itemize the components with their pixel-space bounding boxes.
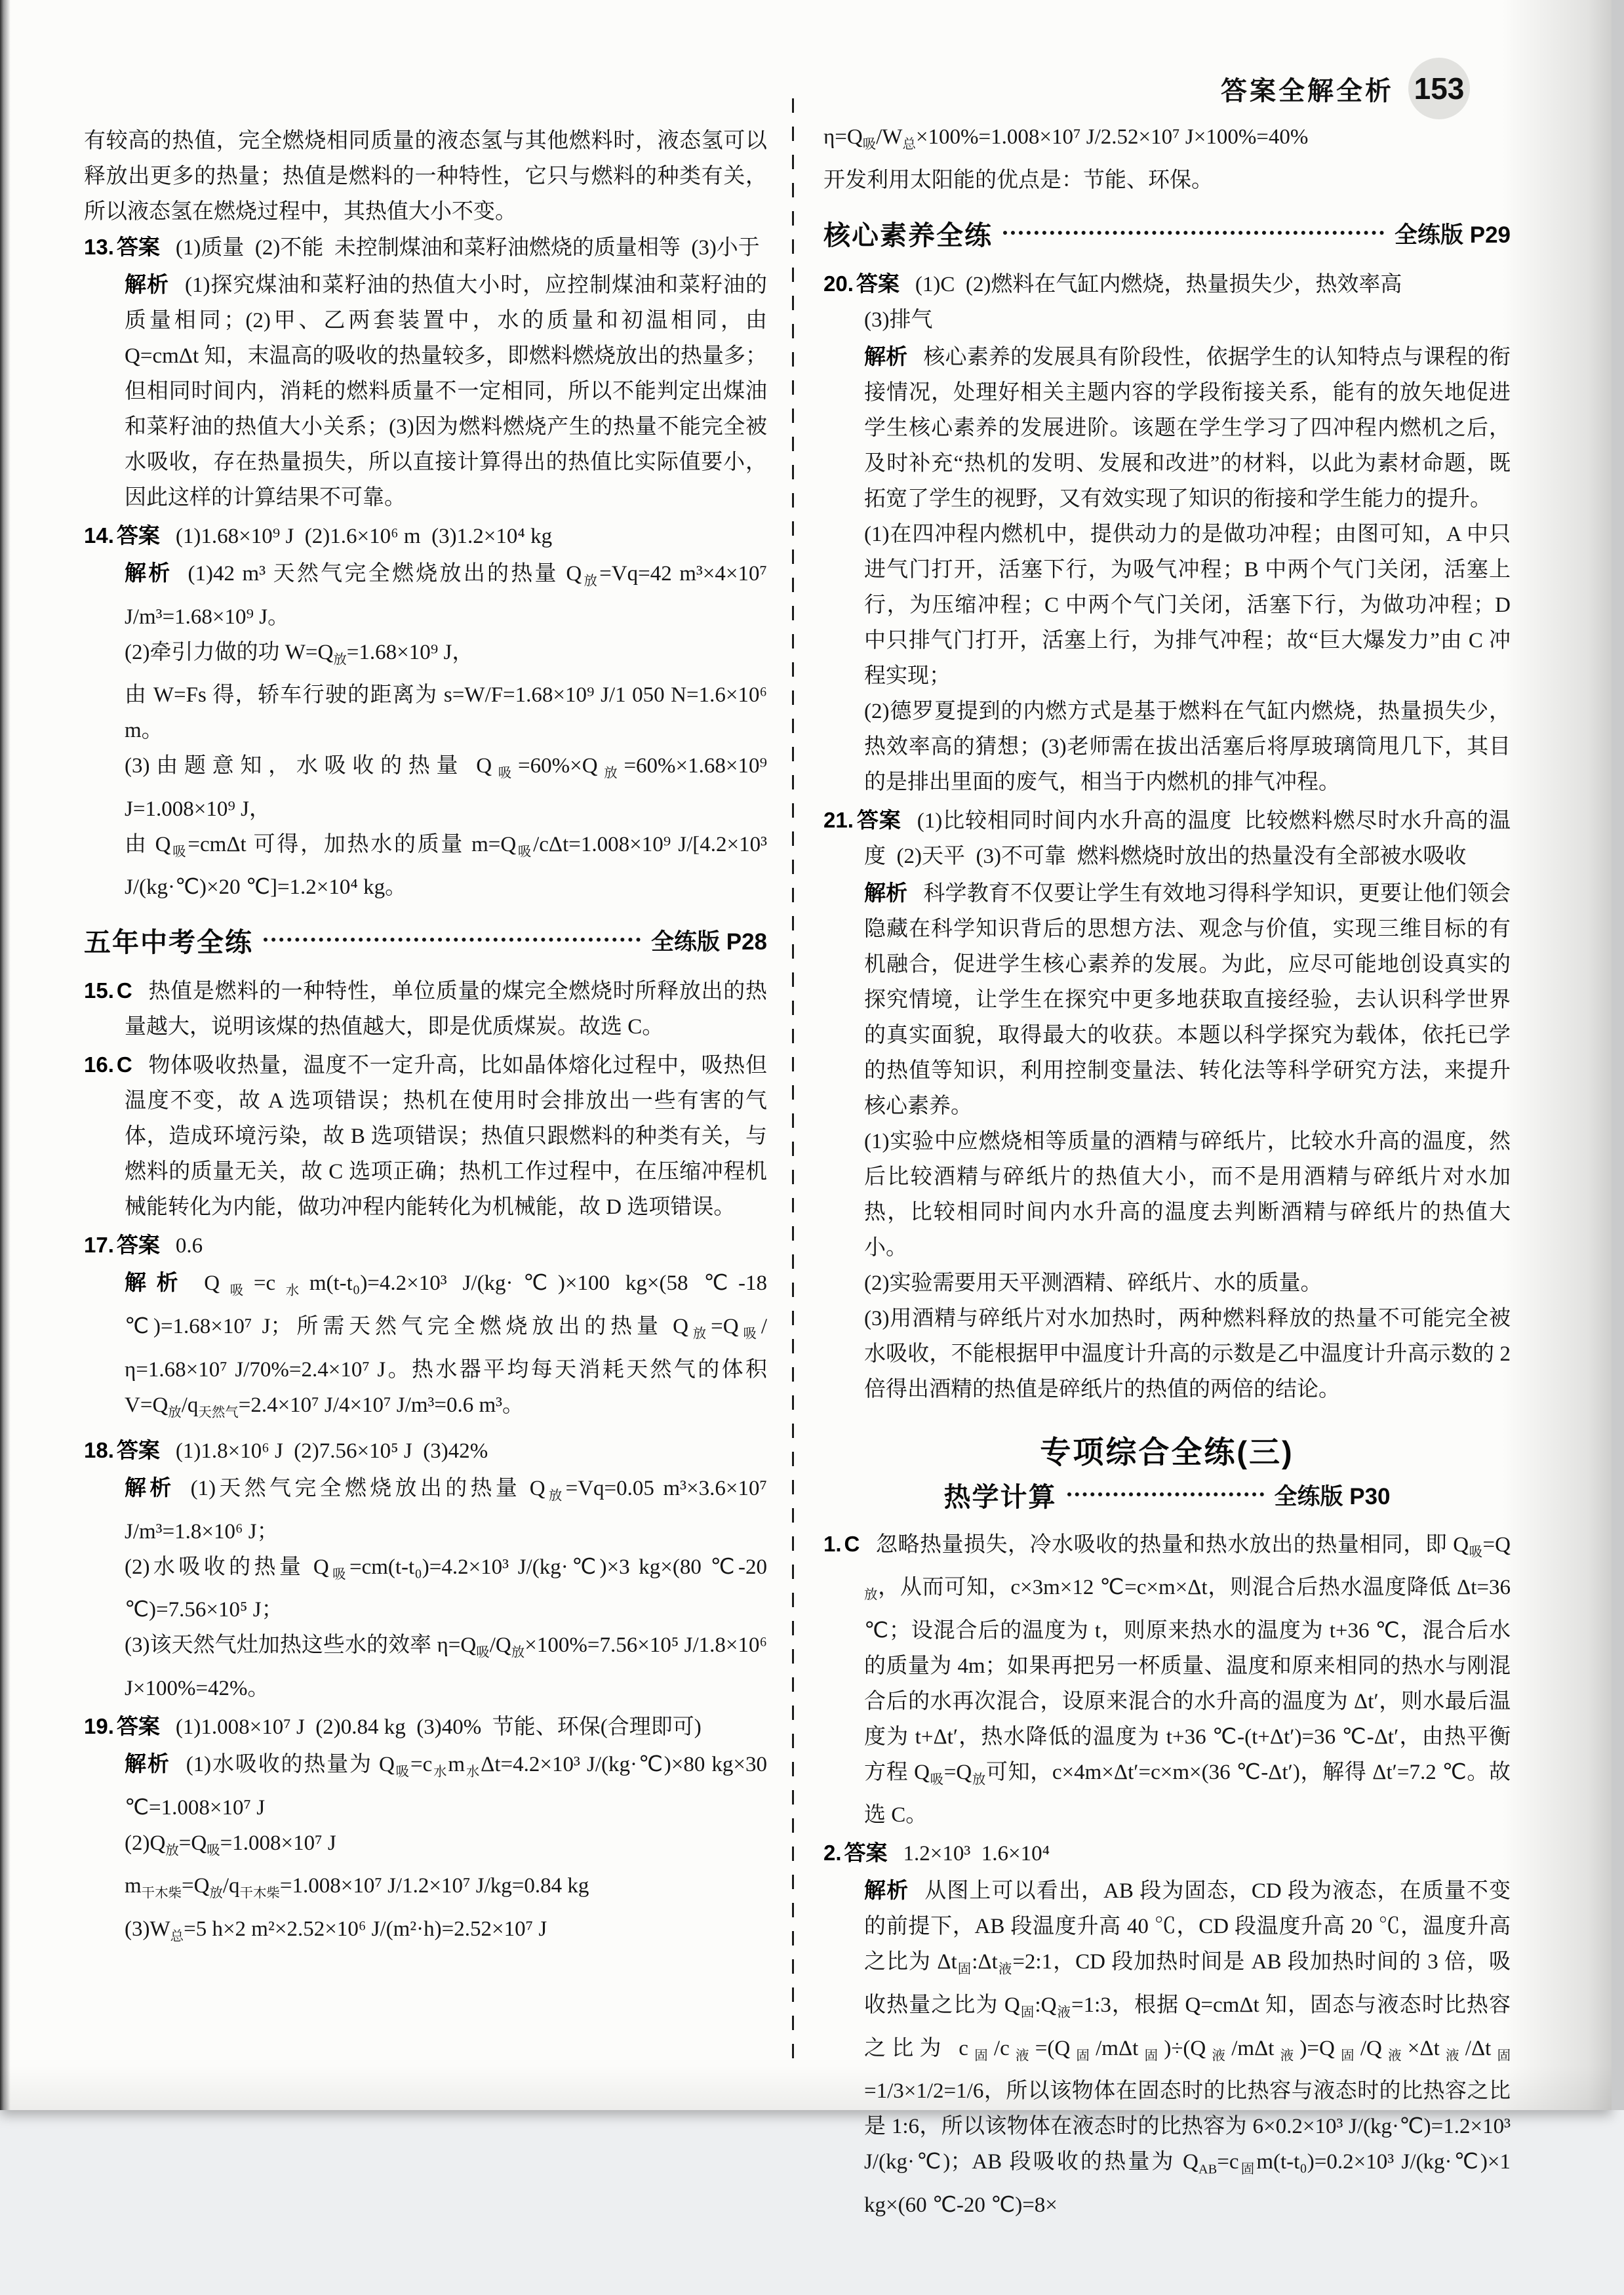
paragraph: 开发利用太阳能的优点是：节能、环保。: [823, 163, 1511, 198]
item-number: 13.: [84, 235, 114, 259]
text-run: (3)用酒精与碎纸片对水加热时，两种燃料释放的热量不可能完全被水吸收，不能根据甲…: [864, 1307, 1511, 1401]
analysis-label: 解析: [864, 344, 907, 369]
answer-label: C: [117, 1052, 132, 1077]
section-title: 热学计算: [944, 1479, 1057, 1515]
item-answer-line: 1.C忽略热量损失，冷水吸收的热量和热水放出的热量相同，即 Q吸=Q放，从而可知…: [864, 1527, 1511, 1833]
text-run: (2)实验需要用天平测酒精、碎纸片、水的质量。: [864, 1271, 1322, 1295]
answer-item: 1.C忽略热量损失，冷水吸收的热量和热水放出的热量相同，即 Q吸=Q放，从而可知…: [823, 1527, 1511, 1833]
column-left: 有较高的热值，完全燃烧相同质量的液态氢与其他燃料时，液态氢可以释放出更多的热量；…: [84, 123, 767, 1957]
text-run: (2)Q放=Q吸=1.008×10⁷ J: [125, 1831, 336, 1855]
continuation-paragraph: (1)实验中应燃烧相等质量的酒精与碎纸片，比较水升高的温度，然后比较酒精与碎纸片…: [864, 1124, 1511, 1266]
answer-text: (1)1.68×10⁹ J (2)1.6×10⁶ m (3)1.2×10⁴ kg: [176, 525, 552, 548]
analysis-label: 解析: [864, 881, 907, 905]
answer-label: C: [117, 978, 132, 1003]
continuation-paragraph: (3)该天然气灶加热这些水的效率 η=Q吸/Q放×100%=7.56×10⁵ J…: [125, 1627, 767, 1706]
answer-label: 答案: [844, 1841, 888, 1865]
section-header: 核心素养全练全练版 P29: [823, 218, 1511, 253]
text-run: 开发利用太阳能的优点是：节能、环保。: [823, 169, 1213, 192]
column-divider: [792, 98, 794, 2069]
answer-item: 14.答案(1)1.68×10⁹ J (2)1.6×10⁶ m (3)1.2×1…: [84, 518, 767, 905]
text-run: 科学教育不仅要让学生有效地习得科学知识，更要让他们领会隐藏在科学知识背后的思想方…: [864, 882, 1511, 1118]
continuation-paragraph: (1)在四冲程内燃机中，提供动力的是做功冲程；由图可知，A 中只进气门打开，活塞…: [864, 517, 1511, 694]
text-run: (2)牵引力做的功 W=Q放=1.68×10⁹ J，: [125, 641, 473, 664]
answer-text: 忽略热量损失，冷水吸收的热量和热水放出的热量相同，即 Q吸=Q放，从而可知，c×…: [864, 1533, 1511, 1827]
answer-label: 答案: [117, 1714, 160, 1738]
paragraph: 有较高的热值，完全燃烧相同质量的液态氢与其他燃料时，液态氢可以释放出更多的热量；…: [84, 123, 767, 229]
answer-label: 答案: [856, 808, 901, 832]
section-header: 五年中考全练全练版 P28: [84, 925, 767, 960]
answer-text: 1.2×10³ 1.6×10⁴: [903, 1842, 1050, 1866]
item-number: 21.: [823, 808, 854, 832]
answer-item: 18.答案(1)1.8×10⁶ J (2)7.56×10⁵ J (3)42%解析…: [84, 1433, 767, 1706]
dotted-leader: [1003, 231, 1384, 235]
answer-text: 物体吸收热量，温度不一定升高，比如晶体熔化过程中，吸热但温度不变，故 A 选项错…: [125, 1054, 767, 1219]
item-answer-line: 20.答案(1)C (2)燃料在气缸内燃烧，热量损失少，热效率高: [864, 266, 1511, 302]
answer-label: C: [844, 1532, 860, 1556]
text-run: (1)实验中应燃烧相等质量的酒精与碎纸片，比较水升高的温度，然后比较酒精与碎纸片…: [864, 1130, 1511, 1260]
continuation-paragraph: (2)水吸收的热量 Q吸=cm(t-t₀)=4.2×10³ J/(kg·℃)×3…: [125, 1549, 767, 1628]
text-run: 核心素养的发展具有阶段性，依据学生的认知特点与课程的衔接情况，处理好相关主题内容…: [864, 346, 1511, 511]
continuation-paragraph: 由 W=Fs 得，轿车行驶的距离为 s=W/F=1.68×10⁹ J/1 050…: [125, 677, 767, 748]
item-answer-line: 17.答案0.6: [125, 1227, 767, 1264]
page-number-badge: 153: [1408, 58, 1470, 119]
analysis-label: 解析: [125, 561, 172, 585]
analysis-label: 解析: [125, 1270, 188, 1294]
item-number: 16.: [84, 1052, 114, 1077]
spine-shadow: [0, 0, 10, 2110]
answer-text: (1)1.8×10⁶ J (2)7.56×10⁵ J (3)42%: [176, 1439, 488, 1463]
text-run: Q吸=c水m(t-t₀)=4.2×10³ J/(kg·℃)×100 kg×(58…: [125, 1271, 767, 1416]
text-run: (1)天然气完全燃烧放出的热量 Q放=Vq=0.05 m³×3.6×10⁷ J/…: [125, 1477, 767, 1544]
analysis-paragraph: 解析Q吸=c水m(t-t₀)=4.2×10³ J/(kg·℃)×100 kg×(…: [125, 1265, 767, 1430]
section-ref: 全练版 P28: [651, 925, 767, 960]
text-run: m干木柴=Q放/q干木柴=1.008×10⁷ J/1.2×10⁷ J/kg=0.…: [125, 1874, 589, 1898]
analysis-paragraph: 解析(1)42 m³ 天然气完全燃烧放出的热量 Q放=Vq=42 m³×4×10…: [125, 555, 767, 635]
continuation-paragraph: (3)W总=5 h×2 m²×2.52×10⁶ J/(m²·h)=2.52×10…: [125, 1911, 767, 1955]
analysis-paragraph: 解析从图上可以看出，AB 段为固态，CD 段为液态，在质量不变的前提下，AB 段…: [864, 1873, 1511, 2222]
text-run: η=Q吸/W总×100%=1.008×10⁷ J/2.52×10⁷ J×100%…: [823, 125, 1308, 149]
section-header: 热学计算全练版 P30: [823, 1479, 1511, 1515]
item-number: 15.: [84, 978, 114, 1003]
text-run: (3)排气: [864, 308, 932, 332]
item-number: 1.: [823, 1532, 842, 1556]
answer-text: 0.6: [176, 1234, 203, 1258]
answer-label: 答案: [117, 1438, 160, 1462]
text-run: (3)由题意知，水吸收的热量 Q吸=60%×Q放=60%×1.68×10⁹ J=…: [125, 754, 767, 821]
text-run: 有较高的热值，完全燃烧相同质量的液态氢与其他燃料时，液态氢可以释放出更多的热量；…: [84, 129, 767, 224]
scanned-page-canvas: 答案全解全析 153 有较高的热值，完全燃烧相同质量的液态氢与其他燃料时，液态氢…: [0, 0, 1624, 2295]
answer-text: (1)C (2)燃料在气缸内燃烧，热量损失少，热效率高: [915, 273, 1402, 296]
continuation-paragraph: m干木柴=Q放/q干木柴=1.008×10⁷ J/1.2×10⁷ J/kg=0.…: [125, 1868, 767, 1911]
column-right: η=Q吸/W总×100%=1.008×10⁷ J/2.52×10⁷ J×100%…: [823, 119, 1511, 2225]
answer-label: 答案: [117, 235, 160, 259]
answer-text: (1)比较相同时间内水升高的温度 比较燃料燃尽时水升高的温度 (2)天平 (3)…: [864, 809, 1511, 868]
answer-text: 热值是燃料的一种特性，单位质量的煤完全燃烧时所释放出的热量越大，说明该煤的热值越…: [125, 980, 767, 1039]
scan-background-strip: [1612, 0, 1624, 2110]
item-number: 17.: [84, 1233, 114, 1257]
analysis-label: 解析: [125, 1751, 170, 1776]
dotted-leader: [1067, 1492, 1264, 1496]
item-answer-line: 21.答案(1)比较相同时间内水升高的温度 比较燃料燃尽时水升高的温度 (2)天…: [864, 803, 1511, 874]
item-number: 19.: [84, 1714, 114, 1738]
analysis-label: 解析: [125, 272, 169, 296]
item-answer-line: 16.C物体吸收热量，温度不一定升高，比如晶体熔化过程中，吸热但温度不变，故 A…: [125, 1047, 767, 1225]
text-run: (2)水吸收的热量 Q吸=cm(t-t₀)=4.2×10³ J/(kg·℃)×3…: [125, 1555, 767, 1622]
continuation-paragraph: (2)德罗夏提到的内燃方式是基于燃料在气缸内燃烧，热量损失少，热效率高的猜想；(…: [864, 694, 1511, 800]
paragraph: η=Q吸/W总×100%=1.008×10⁷ J/2.52×10⁷ J×100%…: [823, 119, 1511, 163]
text-run: 由 W=Fs 得，轿车行驶的距离为 s=W/F=1.68×10⁹ J/1 050…: [125, 683, 767, 742]
page-edge-shadow: [1501, 0, 1612, 2110]
item-number: 14.: [84, 523, 114, 548]
analysis-paragraph: 解析核心素养的发展具有阶段性，依据学生的认知特点与课程的衔接情况，处理好相关主题…: [864, 339, 1511, 517]
item-answer-line: 14.答案(1)1.68×10⁹ J (2)1.6×10⁶ m (3)1.2×1…: [125, 518, 767, 554]
analysis-paragraph: 解析(1)天然气完全燃烧放出的热量 Q放=Vq=0.05 m³×3.6×10⁷ …: [125, 1470, 767, 1549]
continuation-paragraph: (2)Q放=Q吸=1.008×10⁷ J: [125, 1826, 767, 1869]
answer-item: 21.答案(1)比较相同时间内水升高的温度 比较燃料燃尽时水升高的温度 (2)天…: [823, 803, 1511, 1407]
answer-label: 答案: [117, 1233, 160, 1257]
answer-item: 20.答案(1)C (2)燃料在气缸内燃烧，热量损失少，热效率高(3)排气解析核…: [823, 266, 1511, 800]
page-title: 答案全解全析: [1221, 70, 1394, 108]
section-title: 核心素养全练: [823, 218, 993, 253]
continuation-paragraph: (3)排气: [864, 302, 1511, 338]
section-header-special: 专项综合全练(三): [823, 1435, 1511, 1470]
item-answer-line: 15.C热值是燃料的一种特性，单位质量的煤完全燃烧时所释放出的热量越大，说明该煤…: [125, 973, 767, 1045]
text-run: (3)该天然气灶加热这些水的效率 η=Q吸/Q放×100%=7.56×10⁵ J…: [125, 1633, 767, 1700]
analysis-label: 解析: [864, 1878, 909, 1902]
answer-item: 17.答案0.6解析Q吸=c水m(t-t₀)=4.2×10³ J/(kg·℃)×…: [84, 1227, 767, 1430]
section-title: 五年中考全练: [84, 925, 253, 960]
continuation-paragraph: 由 Q吸=cmΔt 可得，加热水的质量 m=Q吸/cΔt=1.008×10⁹ J…: [125, 827, 767, 906]
analysis-label: 解析: [125, 1475, 175, 1500]
item-number: 2.: [823, 1841, 842, 1865]
section-ref: 全练版 P30: [1275, 1479, 1391, 1515]
item-answer-line: 19.答案(1)1.008×10⁷ J (2)0.84 kg (3)40% 节能…: [125, 1709, 767, 1745]
answer-item: 13.答案(1)质量 (2)不能 未控制煤油和菜籽油燃烧的质量相等 (3)小于解…: [84, 229, 767, 515]
item-number: 20.: [823, 271, 854, 296]
analysis-paragraph: 解析(1)水吸收的热量为 Q吸=c水m水Δt=4.2×10³ J/(kg·℃)×…: [125, 1746, 767, 1826]
answer-item: 2.答案1.2×10³ 1.6×10⁴解析从图上可以看出，AB 段为固态，CD …: [823, 1835, 1511, 2222]
text-run: (2)德罗夏提到的内燃方式是基于燃料在气缸内燃烧，热量损失少，热效率高的猜想；(…: [864, 700, 1511, 794]
text-run: 从图上可以看出，AB 段为固态，CD 段为液态，在质量不变的前提下，AB 段温度…: [864, 1879, 1511, 2216]
text-run: (1)探究煤油和菜籽油的热值大小时，应控制煤油和菜籽油的质量相同；(2)甲、乙两…: [125, 273, 767, 509]
continuation-paragraph: (3)用酒精与碎纸片对水加热时，两种燃料释放的热量不可能完全被水吸收，不能根据甲…: [864, 1301, 1511, 1407]
answer-label: 答案: [856, 271, 900, 296]
dotted-leader: [264, 938, 641, 942]
item-answer-line: 2.答案1.2×10³ 1.6×10⁴: [864, 1835, 1511, 1871]
item-number: 18.: [84, 1438, 114, 1462]
text-run: 由 Q吸=cmΔt 可得，加热水的质量 m=Q吸/cΔt=1.008×10⁹ J…: [125, 833, 767, 900]
continuation-paragraph: (2)实验需要用天平测酒精、碎纸片、水的质量。: [864, 1266, 1511, 1301]
analysis-paragraph: 解析科学教育不仅要让学生有效地习得科学知识，更要让他们领会隐藏在科学知识背后的思…: [864, 875, 1511, 1124]
text-run: (1)水吸收的热量为 Q吸=c水m水Δt=4.2×10³ J/(kg·℃)×80…: [125, 1753, 767, 1820]
answer-item: 19.答案(1)1.008×10⁷ J (2)0.84 kg (3)40% 节能…: [84, 1709, 767, 1954]
answer-label: 答案: [117, 523, 160, 548]
continuation-paragraph: (3)由题意知，水吸收的热量 Q吸=60%×Q放=60%×1.68×10⁹ J=…: [125, 748, 767, 827]
item-answer-line: 13.答案(1)质量 (2)不能 未控制煤油和菜籽油燃烧的质量相等 (3)小于: [125, 229, 767, 266]
page-header: 答案全解全析 153: [1221, 58, 1470, 119]
answer-text: (1)1.008×10⁷ J (2)0.84 kg (3)40% 节能、环保(合…: [176, 1715, 702, 1739]
text-run: (1)42 m³ 天然气完全燃烧放出的热量 Q放=Vq=42 m³×4×10⁷ …: [125, 562, 767, 629]
item-answer-line: 18.答案(1)1.8×10⁶ J (2)7.56×10⁵ J (3)42%: [125, 1433, 767, 1469]
text-run: (1)在四冲程内燃机中，提供动力的是做功冲程；由图可知，A 中只进气门打开，活塞…: [864, 523, 1511, 688]
answer-item: 15.C热值是燃料的一种特性，单位质量的煤完全燃烧时所释放出的热量越大，说明该煤…: [84, 973, 767, 1045]
answer-text: (1)质量 (2)不能 未控制煤油和菜籽油燃烧的质量相等 (3)小于: [176, 236, 760, 260]
analysis-paragraph: 解析(1)探究煤油和菜籽油的热值大小时，应控制煤油和菜籽油的质量相同；(2)甲、…: [125, 267, 767, 515]
text-run: (3)W总=5 h×2 m²×2.52×10⁶ J/(m²·h)=2.52×10…: [125, 1917, 547, 1941]
continuation-paragraph: (2)牵引力做的功 W=Q放=1.68×10⁹ J，: [125, 635, 767, 678]
section-ref: 全练版 P29: [1395, 218, 1511, 253]
answer-item: 16.C物体吸收热量，温度不一定升高，比如晶体熔化过程中，吸热但温度不变，故 A…: [84, 1047, 767, 1225]
